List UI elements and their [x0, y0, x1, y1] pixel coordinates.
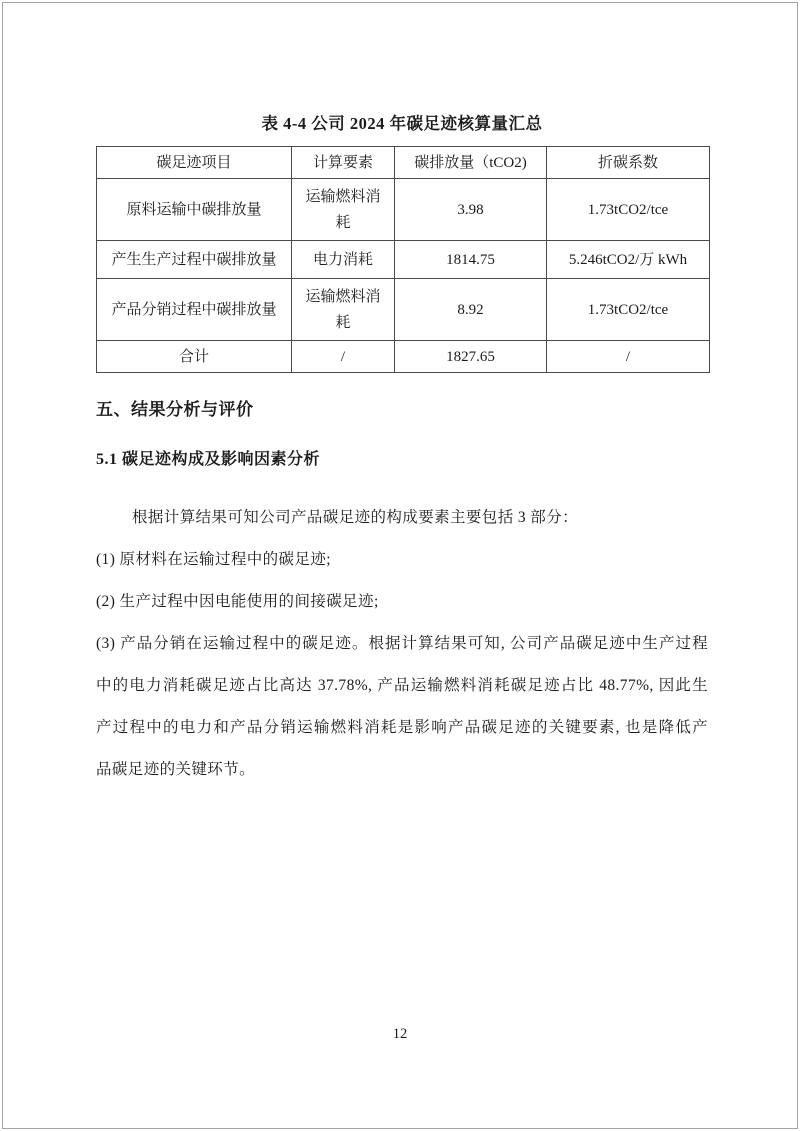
- table-cell: 合计: [97, 341, 292, 373]
- table-cell: 产品分销过程中碳排放量: [97, 279, 292, 341]
- table-cell: /: [292, 341, 395, 373]
- table-row: 原料运输中碳排放量 运输燃料消耗 3.98 1.73tCO2/tce: [97, 179, 710, 241]
- col-header-item: 碳足迹项目: [97, 147, 292, 179]
- subsection-heading: 5.1 碳足迹构成及影响因素分析: [96, 446, 708, 469]
- paragraph-line: 中的电力消耗碳足迹占比高达 37.78%, 产品运输燃料消耗碳足迹占比 48.7…: [96, 665, 708, 707]
- table-cell: 运输燃料消耗: [292, 179, 395, 241]
- table-cell: 产生生产过程中碳排放量: [97, 241, 292, 279]
- table-cell: 1.73tCO2/tce: [547, 279, 710, 341]
- table-cell: 原料运输中碳排放量: [97, 179, 292, 241]
- paragraph-line: 品碳足迹的关键环节。: [96, 749, 708, 791]
- table-caption: 表 4-4 公司 2024 年碳足迹核算量汇总: [96, 112, 708, 136]
- table-cell: 1814.75: [395, 241, 547, 279]
- col-header-emission: 碳排放量（tCO2): [395, 147, 547, 179]
- page-number: 12: [0, 1026, 800, 1043]
- carbon-footprint-summary-table: 碳足迹项目 计算要素 碳排放量（tCO2) 折碳系数 原料运输中碳排放量 运输燃…: [96, 146, 710, 373]
- table-cell: 运输燃料消耗: [292, 279, 395, 341]
- table-cell: 8.92: [395, 279, 547, 341]
- table-cell: 1827.65: [395, 341, 547, 373]
- paragraph-line: (3) 产品分销在运输过程中的碳足迹。根据计算结果可知, 公司产品碳足迹中生产过…: [96, 623, 708, 665]
- section-heading: 五、结果分析与评价: [96, 395, 708, 420]
- table-row: 产品分销过程中碳排放量 运输燃料消耗 8.92 1.73tCO2/tce: [97, 279, 710, 341]
- col-header-factor: 计算要素: [292, 147, 395, 179]
- paragraph-line: 根据计算结果可知公司产品碳足迹的构成要素主要包括 3 部分：: [96, 497, 708, 539]
- table-cell: 1.73tCO2/tce: [547, 179, 710, 241]
- paragraph-line: (1) 原材料在运输过程中的碳足迹;: [96, 539, 708, 581]
- table-row: 产生生产过程中碳排放量 电力消耗 1814.75 5.246tCO2/万 kWh: [97, 241, 710, 279]
- paragraph-line: 产过程中的电力和产品分销运输燃料消耗是影响产品碳足迹的关键要素, 也是降低产: [96, 707, 708, 749]
- table-cell: 3.98: [395, 179, 547, 241]
- table-total-row: 合计 / 1827.65 /: [97, 341, 710, 373]
- document-content: 表 4-4 公司 2024 年碳足迹核算量汇总 碳足迹项目 计算要素 碳排放量（…: [96, 0, 708, 791]
- paragraph-line: (2) 生产过程中因电能使用的间接碳足迹;: [96, 581, 708, 623]
- analysis-paragraph: 根据计算结果可知公司产品碳足迹的构成要素主要包括 3 部分： (1) 原材料在运…: [96, 497, 708, 791]
- col-header-coefficient: 折碳系数: [547, 147, 710, 179]
- table-cell: 电力消耗: [292, 241, 395, 279]
- table-cell: 5.246tCO2/万 kWh: [547, 241, 710, 279]
- table-header-row: 碳足迹项目 计算要素 碳排放量（tCO2) 折碳系数: [97, 147, 710, 179]
- table-cell: /: [547, 341, 710, 373]
